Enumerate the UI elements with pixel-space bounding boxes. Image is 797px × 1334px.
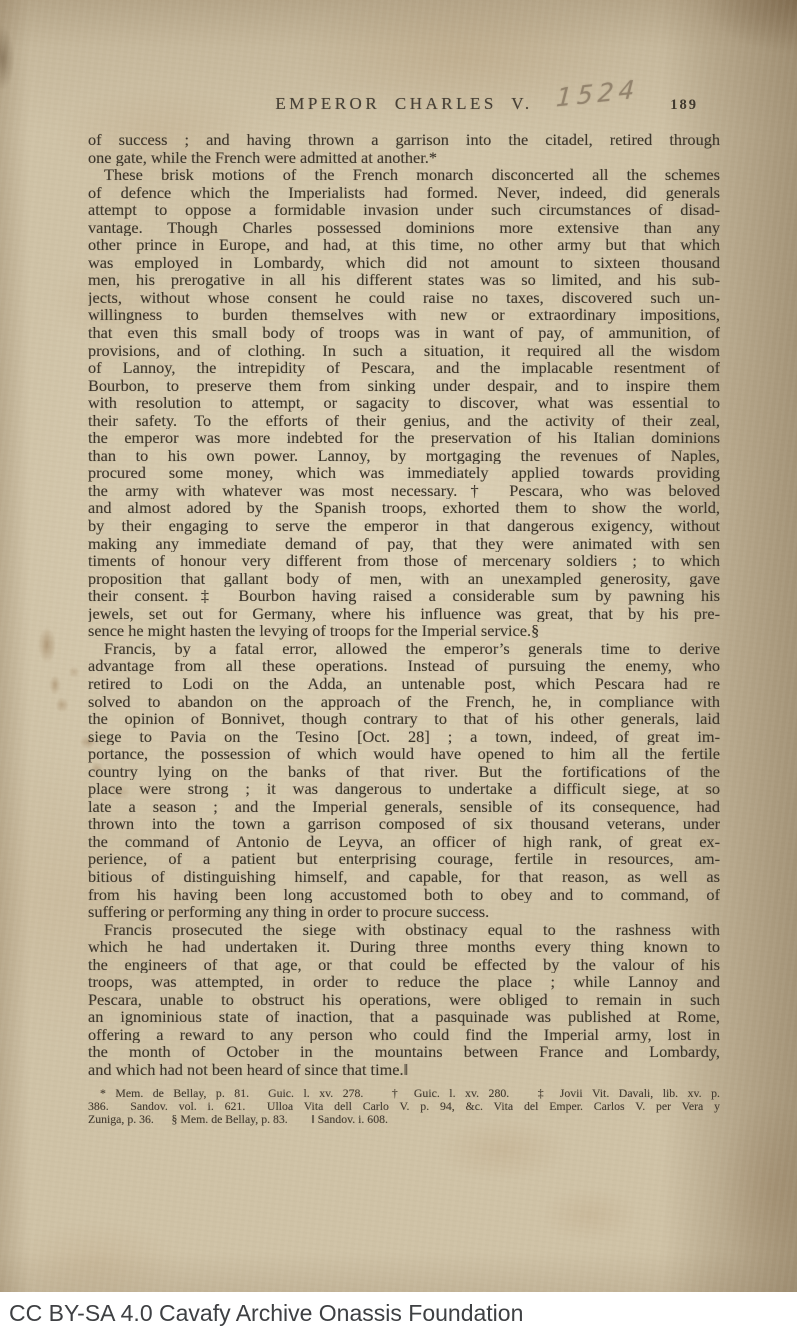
text-line: making any immediate demand of pay, that… <box>88 535 720 553</box>
text-line: advantage from all these operations. Ins… <box>88 657 720 675</box>
text-line: proposition that gallant body of men, wi… <box>88 570 720 588</box>
text-line: one gate, while the French were admitted… <box>88 149 720 167</box>
text-line: late a season ; and the Imperial general… <box>88 798 720 816</box>
text-line: of Lannoy, the intrepidity of Pescara, a… <box>88 359 720 377</box>
text-line: Francis, by a fatal error, allowed the e… <box>88 640 720 658</box>
text-line: thrown into the town a garrison composed… <box>88 815 720 833</box>
text-line: by their engaging to serve the emperor i… <box>88 517 720 535</box>
text-line: country lying on the banks of that river… <box>88 763 720 781</box>
text-line: the command of Antonio de Leyva, an offi… <box>88 833 720 851</box>
text-line: from his having been long accustomed bot… <box>88 886 720 904</box>
text-line: These brisk motions of the French monarc… <box>88 166 720 184</box>
text-line: was employed in Lombardy, which did not … <box>88 254 720 272</box>
text-line: retired to Lodi on the Adda, an untenabl… <box>88 675 720 693</box>
running-header: EMPEROR CHARLES V. 1524 189 <box>88 94 720 114</box>
scanned-book-page-view: EMPEROR CHARLES V. 1524 189 of success ;… <box>0 0 797 1334</box>
text-line: of success ; and having thrown a garriso… <box>88 131 720 149</box>
text-line: suffering or performing any thing in ord… <box>88 903 720 921</box>
text-line: * Mem. de Bellay, p. 81. Guic. l. xv. 27… <box>88 1087 720 1100</box>
text-line: of defence which the Imperialists had fo… <box>88 184 720 202</box>
text-line: their consent.‡ Bourbon having raised a … <box>88 587 720 605</box>
text-line: Pescara, unable to obstruct his operatio… <box>88 991 720 1009</box>
license-attribution: CC BY-SA 4.0 Cavafy Archive Onassis Foun… <box>9 1300 523 1327</box>
text-line: sence he might hasten the levying of tro… <box>88 622 720 640</box>
text-line: and which had not been heard of since th… <box>88 1061 720 1079</box>
text-line: the engineers of that age, or that could… <box>88 956 720 974</box>
text-line: 386. Sandov. vol. i. 621. Ulloa Vita del… <box>88 1100 720 1113</box>
text-line: men, his prerogative in all his differen… <box>88 271 720 289</box>
text-line: procured some money, which was immediate… <box>88 464 720 482</box>
text-line: solved to abandon on the approach of the… <box>88 693 720 711</box>
text-line: bitious of distinguishing himself, and c… <box>88 868 720 886</box>
footnotes: * Mem. de Bellay, p. 81. Guic. l. xv. 27… <box>88 1087 720 1127</box>
text-line: the emperor was more indebted for the pr… <box>88 429 720 447</box>
text-line: Bourbon, to preserve them from sinking u… <box>88 377 720 395</box>
text-line: than to his own power. Lannoy, by mortga… <box>88 447 720 465</box>
text-line: the opinion of Bonnivet, though contrary… <box>88 710 720 728</box>
body-text: of success ; and having thrown a garriso… <box>88 131 720 1079</box>
text-line: with resolution to attempt, or sagacity … <box>88 394 720 412</box>
text-line: Francis prosecuted the siege with obstin… <box>88 921 720 939</box>
text-line: and almost adored by the Spanish troops,… <box>88 499 720 517</box>
text-line: provisions, and of clothing. In such a s… <box>88 342 720 360</box>
text-line: the month of October in the mountains be… <box>88 1043 720 1061</box>
text-line: other prince in Europe, and had, at this… <box>88 236 720 254</box>
text-line: perience, of a patient but enterprising … <box>88 850 720 868</box>
text-line: offering a reward to any person who coul… <box>88 1026 720 1044</box>
text-line: jewels, set out for Germany, where his i… <box>88 605 720 623</box>
text-line: which he had undertaken it. During three… <box>88 938 720 956</box>
text-line: Zuniga, p. 36. § Mem. de Bellay, p. 83. … <box>88 1113 720 1126</box>
text-line: the army with whatever was most necessar… <box>88 482 720 500</box>
print-column: EMPEROR CHARLES V. 1524 189 of success ;… <box>88 94 720 1127</box>
text-line: their safety. To the efforts of their ge… <box>88 412 720 430</box>
text-line: siege to Pavia on the Tesino [Oct. 28] ;… <box>88 728 720 746</box>
text-line: jects, without whose consent he could ra… <box>88 289 720 307</box>
text-line: vantage. Though Charles possessed domini… <box>88 219 720 237</box>
text-line: place were strong ; it was dangerous to … <box>88 780 720 798</box>
page-scan: EMPEROR CHARLES V. 1524 189 of success ;… <box>0 0 797 1292</box>
text-line: an ignominious state of inaction, that a… <box>88 1008 720 1026</box>
text-line: portance, the possession of which would … <box>88 745 720 763</box>
text-line: willingness to burden themselves with ne… <box>88 306 720 324</box>
text-line: timents of honour very different from th… <box>88 552 720 570</box>
page-number: 189 <box>670 95 698 115</box>
attribution-bar: CC BY-SA 4.0 Cavafy Archive Onassis Foun… <box>0 1292 797 1334</box>
text-line: that even this small body of troops was … <box>88 324 720 342</box>
text-line: attempt to oppose a formidable invasion … <box>88 201 720 219</box>
handwritten-year: 1524 <box>556 79 641 108</box>
text-line: troops, was attempted, in order to reduc… <box>88 973 720 991</box>
